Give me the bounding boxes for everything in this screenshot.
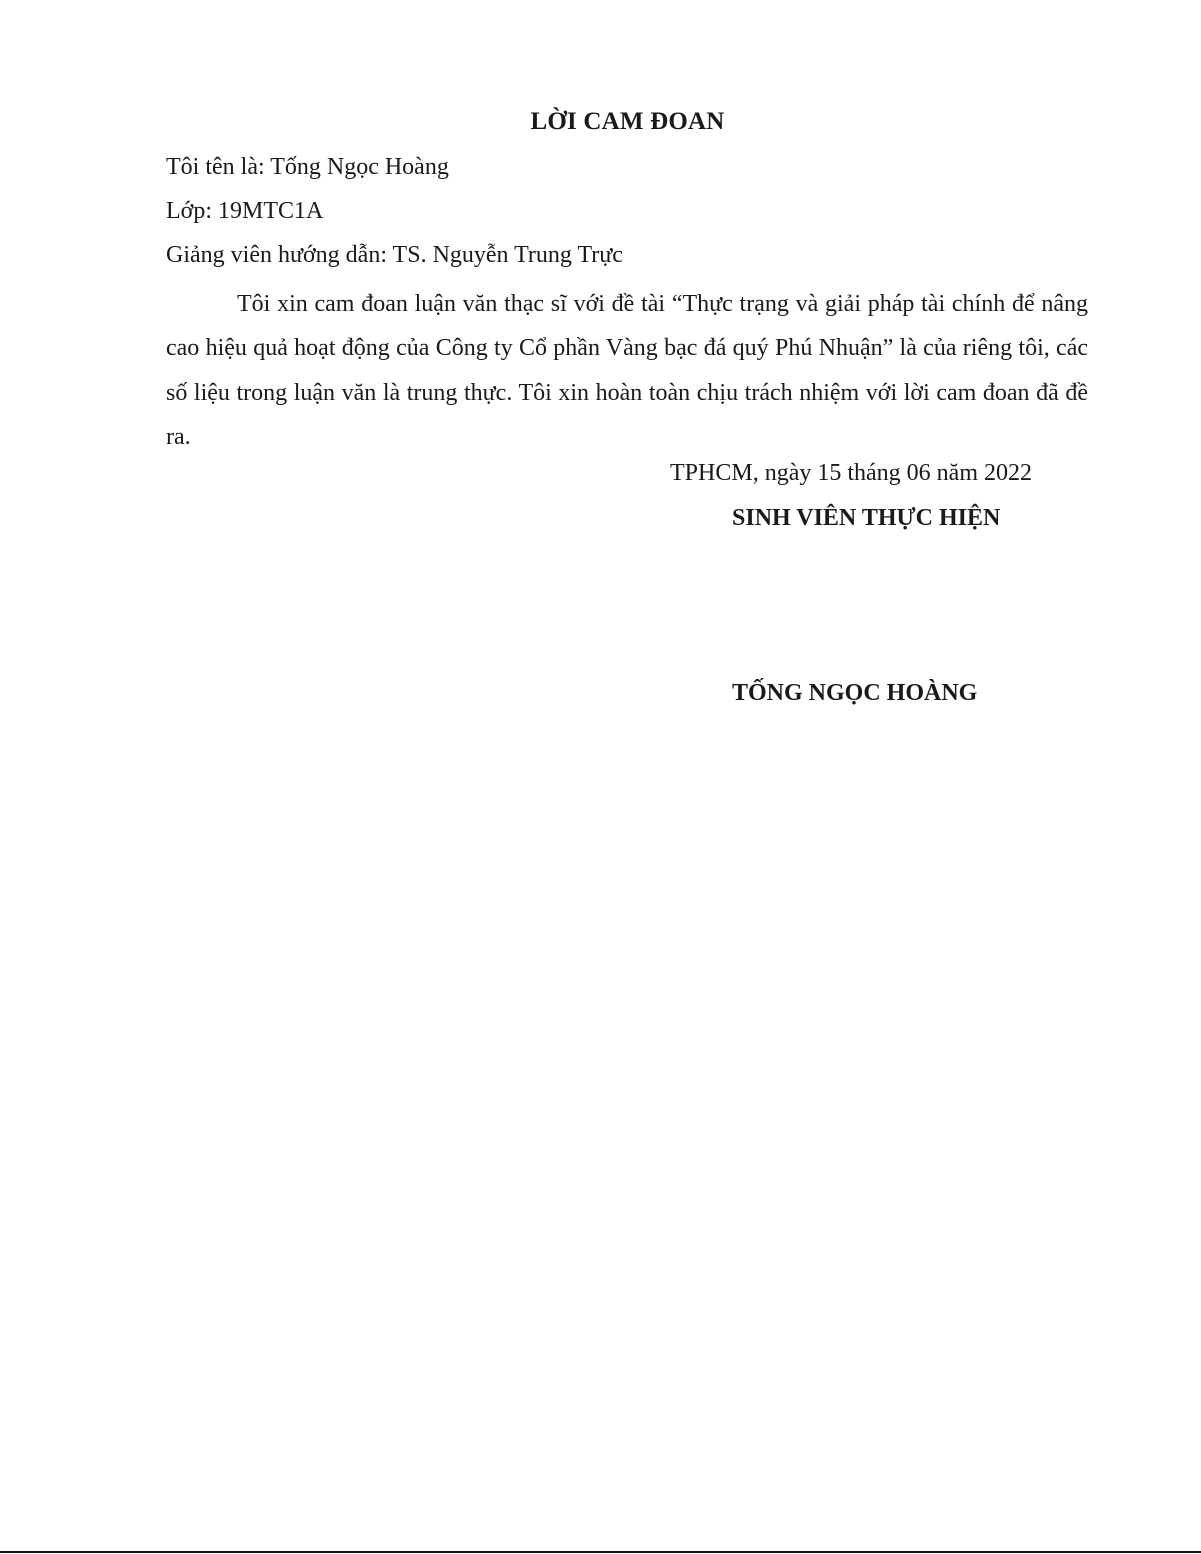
date-line: TPHCM, ngày 15 tháng 06 năm 2022	[670, 460, 1032, 487]
page-title: LỜI CAM ĐOAN	[0, 108, 1201, 136]
advisor-line: Giảng viên hướng dẫn: TS. Nguyễn Trung T…	[166, 242, 623, 269]
page-bottom-divider	[0, 1551, 1201, 1553]
student-name-line: Tôi tên là: Tống Ngọc Hoàng	[166, 154, 449, 181]
declaration-paragraph: Tôi xin cam đoan luận văn thạc sĩ với đề…	[166, 282, 1088, 459]
signer-name: TỐNG NGỌC HOÀNG	[732, 680, 977, 707]
class-line: Lớp: 19MTC1A	[166, 198, 323, 225]
document-page: LỜI CAM ĐOAN Tôi tên là: Tống Ngọc Hoàng…	[0, 0, 1201, 1554]
signer-role: SINH VIÊN THỰC HIỆN	[732, 505, 1000, 532]
